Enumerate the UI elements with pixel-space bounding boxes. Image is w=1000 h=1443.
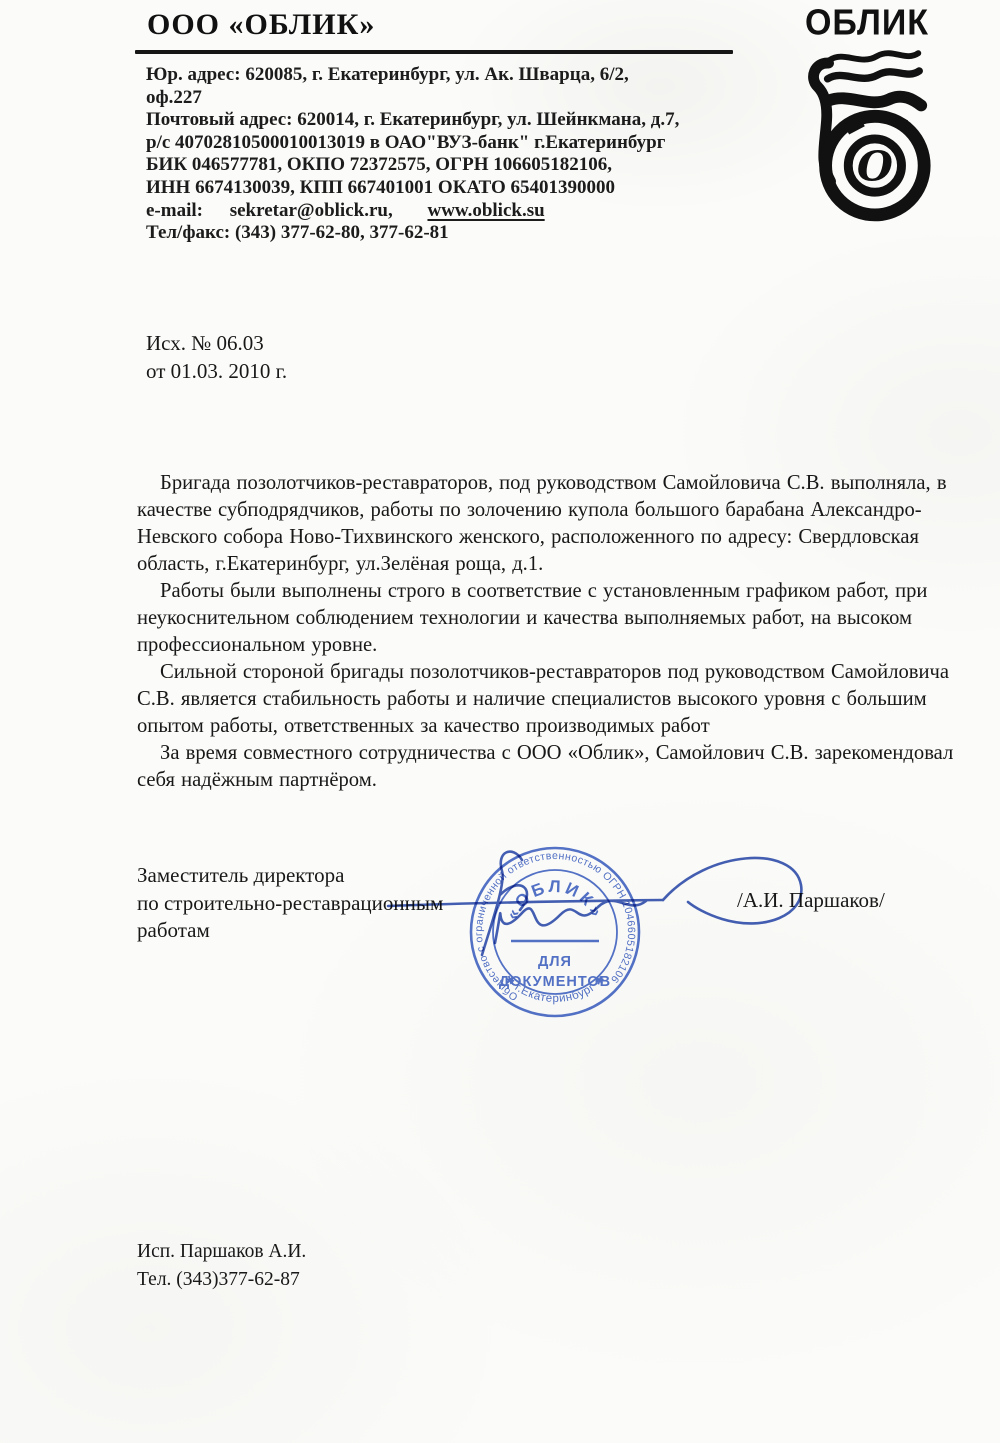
phone-fax-line: Тел/факс: (343) 377-62-80, 377-62-81 — [146, 222, 794, 245]
letterhead-details: Юр. адрес: 620085, г. Екатеринбург, ул. … — [146, 64, 794, 245]
paragraph-4: За время совместного сотрудничества с ОО… — [137, 740, 988, 794]
logo-monogram: О — [857, 141, 893, 190]
executor-block: Исп. Паршаков А.И. Тел. (343)377-62-87 — [137, 1238, 306, 1293]
executor-name: Исп. Паршаков А.И. — [137, 1238, 306, 1266]
email-address: sekretar@oblick.ru, — [230, 200, 393, 223]
handwritten-signature — [370, 833, 820, 973]
letter-body: Бригада позолотчиков-реставраторов, под … — [137, 470, 988, 794]
executor-phone: Тел. (343)377-62-87 — [137, 1266, 306, 1294]
reference-block: Исх. № 06.03 от 01.03. 2010 г. — [146, 329, 287, 385]
email-line: e-mail: sekretar@oblick.ru, www.oblick.s… — [146, 200, 794, 223]
bik-okpo-ogrn-line: БИК 046577781, ОКПО 72372575, ОГРН 10660… — [146, 154, 794, 177]
letter-date: от 01.03. 2010 г. — [146, 357, 287, 385]
header-divider — [135, 50, 733, 54]
bank-account-line: р/с 40702810500010013019 в ОАО"ВУЗ-банк"… — [146, 132, 794, 155]
email-label: e-mail: — [146, 200, 203, 223]
paragraph-3: Сильной стороной бригады позолотчиков-ре… — [137, 659, 988, 740]
company-logo: ОБЛИК О — [793, 4, 941, 236]
scanned-letter-page: { "letterhead": { "company_name": "ООО «… — [0, 0, 1000, 1443]
outgoing-number: Исх. № 06.03 — [146, 329, 287, 357]
website-link: www.oblick.su — [427, 200, 544, 223]
company-name: ООО «ОБЛИК» — [147, 8, 375, 42]
legal-address-line2: оф.227 — [146, 87, 794, 110]
inn-kpp-okato-line: ИНН 6674130039, КПП 667401001 ОКАТО 6540… — [146, 177, 794, 200]
postal-address-line: Почтовый адрес: 620014, г. Екатеринбург,… — [146, 109, 794, 132]
legal-address-line1: Юр. адрес: 620085, г. Екатеринбург, ул. … — [146, 64, 794, 87]
stamp-dokumentov-text: ДОКУМЕНТОВ — [499, 974, 611, 990]
logo-wordmark: ОБЛИК — [793, 3, 941, 44]
paragraph-2: Работы были выполнены строго в соответст… — [137, 578, 988, 659]
oblik-emblem-icon: О — [798, 43, 936, 231]
paragraph-1: Бригада позолотчиков-реставраторов, под … — [137, 470, 988, 578]
